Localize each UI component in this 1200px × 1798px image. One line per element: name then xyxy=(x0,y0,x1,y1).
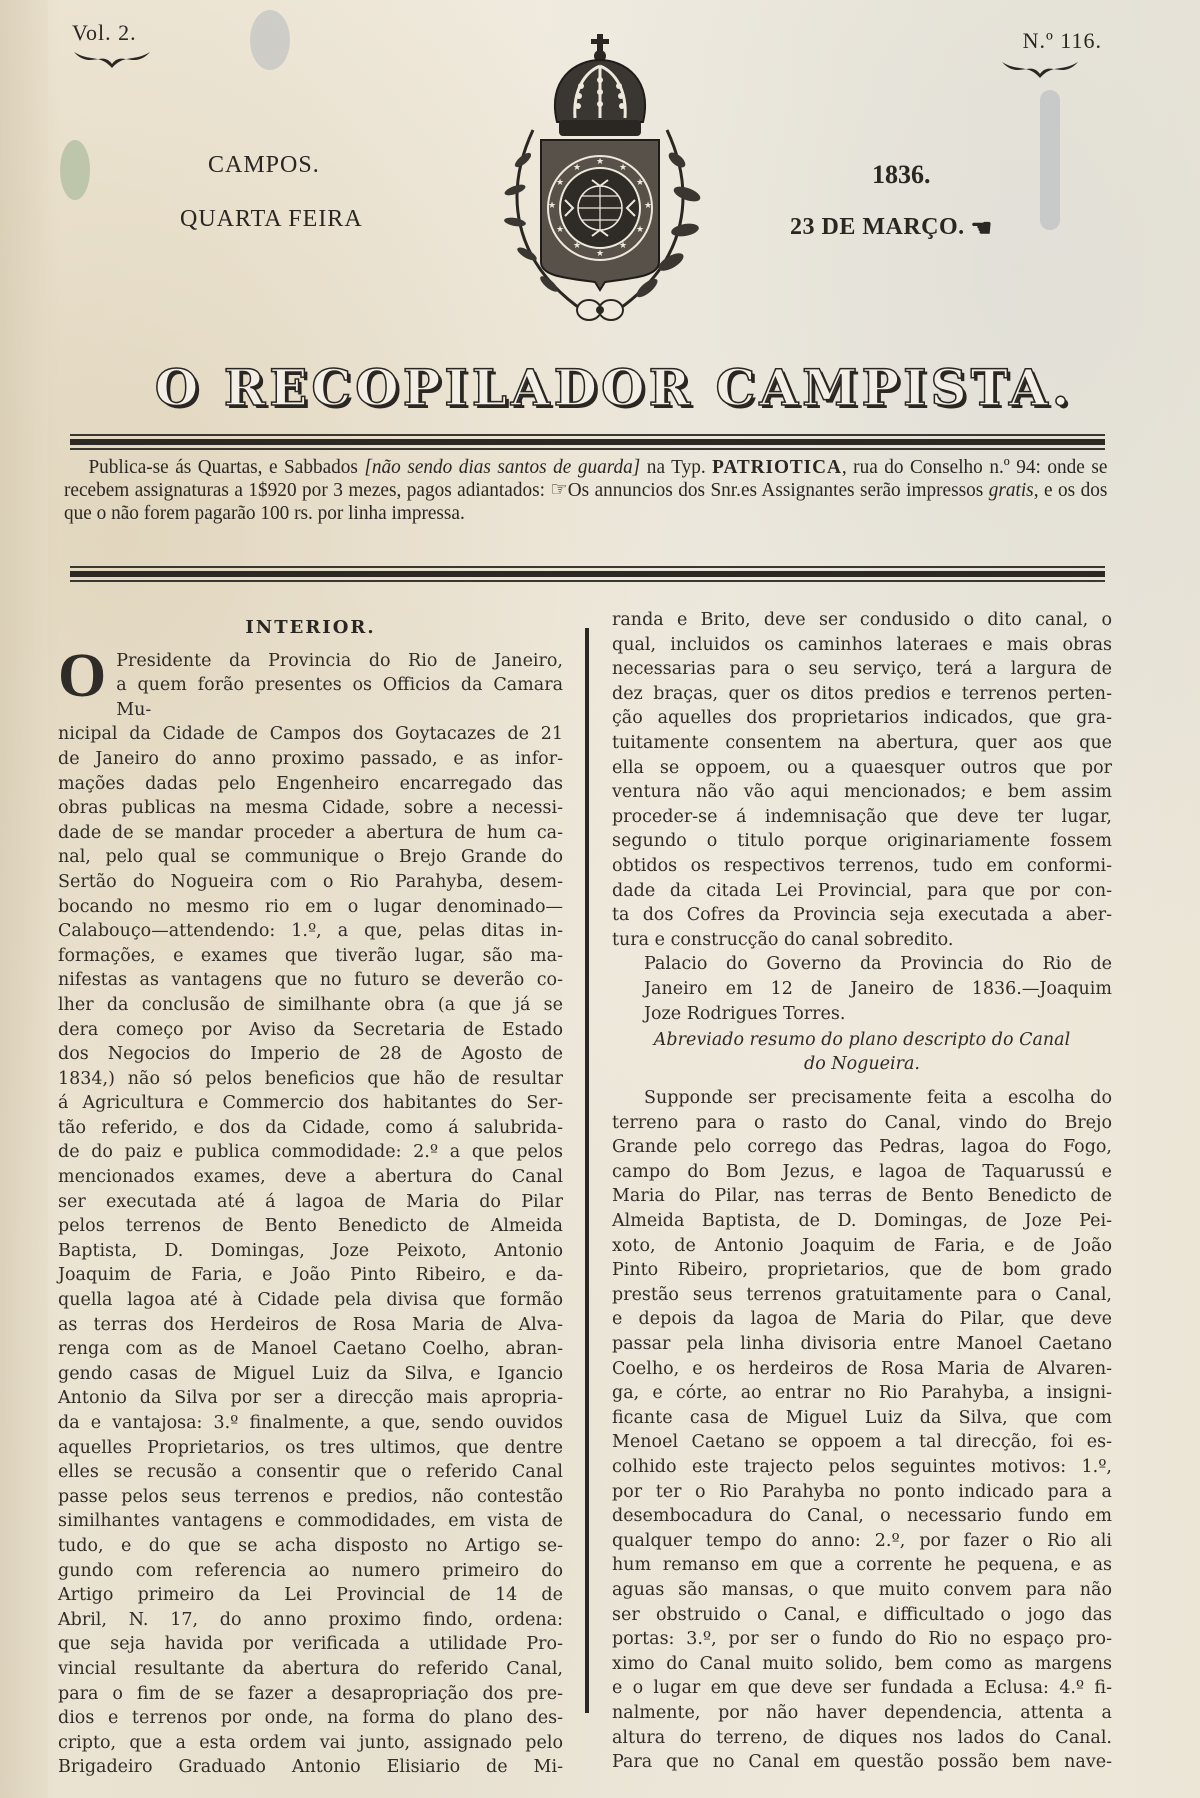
text-line: ficante casa de Miguel Luiz da Silva, qu… xyxy=(612,1406,1112,1431)
article-body-continued: randa e Brito, deve ser condusido o dito… xyxy=(612,608,1112,952)
pointing-hand-icon: ☞ xyxy=(550,479,567,501)
text-line: hum remanso em que a corrente he pequena… xyxy=(612,1553,1112,1578)
volume-label: Vol. 2. xyxy=(72,20,137,46)
text-line: necessarias para o seu serviço, terá a l… xyxy=(612,657,1112,682)
notice-text: na Typ. xyxy=(640,456,712,478)
text-line: campo do Bom Jezus, e lagoa de Taquaruss… xyxy=(612,1160,1112,1185)
stain xyxy=(60,140,90,200)
text-line: á Agricultura e Commercio dos habitantes… xyxy=(58,1091,563,1116)
text-line: colhido este trajecto pelos seguintes mo… xyxy=(612,1455,1112,1480)
text-line: aguas são mansas, o que muito convem par… xyxy=(612,1578,1112,1603)
notice-italic: gratis xyxy=(989,479,1034,501)
text-line: Baptista, D. Domingas, Joze Peixoto, Ant… xyxy=(58,1239,563,1264)
text-line: Sertão do Nogueira com o Rio Parahyba, d… xyxy=(58,870,563,895)
issue-number: N.º 116. xyxy=(1023,28,1102,54)
text-line: que seja havida por verificada a utilida… xyxy=(58,1632,563,1657)
text-line: elles se recusão a consentir que o refer… xyxy=(58,1460,563,1485)
text-line: ta dos Cofres da Provincia seja executad… xyxy=(612,903,1112,928)
left-column: INTERIOR. O Presidente da Provincia do R… xyxy=(58,616,563,1780)
text-line: tão referido, e dos da Cidade, como á sa… xyxy=(58,1116,563,1141)
svg-text:★: ★ xyxy=(619,241,627,251)
text-line: Pinto Ribeiro, proprietarios, que de bom… xyxy=(612,1258,1112,1283)
svg-text:★: ★ xyxy=(573,163,581,173)
press-name: PATRIOTICA xyxy=(712,456,842,478)
text-line: Joaquim de Faria, e João Pinto Ribeiro, … xyxy=(58,1263,563,1288)
text-line: Brigadeiro Graduado Antonio Elisiario de… xyxy=(58,1755,563,1780)
text-line: passar pela linha divisoria entre Manoel… xyxy=(612,1332,1112,1357)
text-line: nalmente, por não haver dependencia, att… xyxy=(612,1701,1112,1726)
text-line: gendo casas de Miguel Luiz da Silva, e I… xyxy=(58,1362,563,1387)
text-line: a quem forão presentes os Officios da Ca… xyxy=(58,673,563,722)
text-line: altura do terreno, de diques nos lados d… xyxy=(612,1726,1112,1751)
text-line: xoto, de Antonio Joaquim de Faria, e de … xyxy=(612,1234,1112,1259)
text-line: bocando no mesmo rio em o lugar denomina… xyxy=(58,895,563,920)
text-line: de Janeiro do anno proximo passado, e as… xyxy=(58,747,563,772)
text-line: Grande pelo corrego das Pedras, lagoa do… xyxy=(612,1135,1112,1160)
text-line: Para que no Canal em questão possão bem … xyxy=(612,1750,1112,1775)
text-line: mencionados exames, deve a abertura do C… xyxy=(58,1165,563,1190)
flourish-ornament-icon xyxy=(1000,58,1080,80)
text-line: de do paiz e publica commodidade: 2.º a … xyxy=(58,1140,563,1165)
text-line: vincial resultante da abertura do referi… xyxy=(58,1657,563,1682)
text-line: qual, incluidos os caminhos lateraes e m… xyxy=(612,633,1112,658)
notice-italic: [não sendo dias santos de guarda] xyxy=(364,456,640,478)
right-column: randa e Brito, deve ser condusido o dito… xyxy=(612,608,1112,1775)
text-line: Menoel Caetano se oppoem a tal direcção,… xyxy=(612,1430,1112,1455)
text-line: tudo, e do que se acha disposto no Artig… xyxy=(58,1534,563,1559)
text-line: portas: 3.º, por ser o fundo do Rio no e… xyxy=(612,1627,1112,1652)
text-line: ga, e córte, ao entrar no Rio Parahyba, … xyxy=(612,1381,1112,1406)
svg-text:★: ★ xyxy=(619,163,627,173)
text-line: dios e terrenos por onde, na forma do pl… xyxy=(58,1706,563,1731)
text-line: randa e Brito, deve ser condusido o dito… xyxy=(612,608,1112,633)
text-line: ella se oppoem, ou a quaesquer outros qu… xyxy=(612,756,1112,781)
text-line: Abril, N. 17, do anno proximo findo, ord… xyxy=(58,1608,563,1633)
text-line: nal, pelo qual se communique o Brejo Gra… xyxy=(58,845,563,870)
text-line: dade de se mandar proceder a abertura de… xyxy=(58,821,563,846)
svg-text:★: ★ xyxy=(596,157,604,167)
text-line: prestão seus terrenos gratuitamente para… xyxy=(612,1283,1112,1308)
svg-text:★: ★ xyxy=(636,225,644,235)
text-line: ximo do Canal muito solido, bem como as … xyxy=(612,1652,1112,1677)
plan-summary-heading: Abreviado resumo do plano descripto do C… xyxy=(612,1028,1112,1076)
masthead-rule xyxy=(70,434,1105,453)
text-line: aquelles Proprietarios, os tres ultimos,… xyxy=(58,1436,563,1461)
text-line: da e vantajosa: 3.º finalmente, a que, s… xyxy=(58,1411,563,1436)
text-line: Maria do Pilar, nas terras de Bento Bene… xyxy=(612,1184,1112,1209)
subheading-line: Abreviado resumo do plano descripto do C… xyxy=(612,1028,1112,1052)
date-text: 23 DE MARÇO. xyxy=(790,214,965,240)
place-label: CAMPOS. xyxy=(208,152,320,179)
text-line: terreno para o rasto do Canal, vindo do … xyxy=(612,1111,1112,1136)
text-line: proceder-se á indemnisação que deve ter … xyxy=(612,805,1112,830)
text-line: ventura não vão aqui mencionados; e bem … xyxy=(612,780,1112,805)
svg-text:★: ★ xyxy=(644,201,652,211)
text-line: Artigo primeiro da Lei Provincial de 14 … xyxy=(58,1583,563,1608)
text-line: tuitamente consentem na abertura, quer a… xyxy=(612,731,1112,756)
stain xyxy=(250,10,290,70)
text-line: Coelho, e os herdeiros de Rosa Maria de … xyxy=(612,1357,1112,1382)
text-line: para o fim de se fazer a desapropriação … xyxy=(58,1682,563,1707)
pointing-hand-icon: ☚ xyxy=(971,216,993,242)
page-binding-edge xyxy=(0,0,48,1798)
text-line: dade da citada Lei Provincial, para que … xyxy=(612,879,1112,904)
publication-notice: Publica-se ás Quartas, e Sabbados [não s… xyxy=(64,456,1107,525)
text-line: Janeiro em 12 de Janeiro de 1836.—Joaqui… xyxy=(612,977,1112,1002)
text-line: e depois da lagoa de Maria do Pilar, que… xyxy=(612,1307,1112,1332)
text-line: 1834,) não só pelos beneficios que hão d… xyxy=(58,1067,563,1092)
newspaper-title: O RECOPILADOR CAMPISTA. xyxy=(0,358,1200,417)
flourish-ornament-icon xyxy=(72,48,152,70)
text-line: por ter o Rio Parahyba no ponto indicado… xyxy=(612,1480,1112,1505)
text-line: Antonio da Silva por ser a direcção mais… xyxy=(58,1386,563,1411)
svg-text:★: ★ xyxy=(573,241,581,251)
text-line: dera começo por Aviso da Secretaria de E… xyxy=(58,1018,563,1043)
section-heading-interior: INTERIOR. xyxy=(58,616,563,641)
text-line: ser executada até á lagoa de Maria do Pi… xyxy=(58,1190,563,1215)
text-line: pelos terrenos de Bento Benedicto de Alm… xyxy=(58,1214,563,1239)
text-line: Calabouço—attendendo: 1.º, a que, pelas … xyxy=(58,919,563,944)
weekday-label: QUARTA FEIRA xyxy=(180,206,363,233)
svg-text:★: ★ xyxy=(596,249,604,259)
text-line: desembocadura do Canal, o necessario fun… xyxy=(612,1504,1112,1529)
text-line: dos Negocios do Imperio de 28 de Agosto … xyxy=(58,1042,563,1067)
text-line: ser obstruido o Canal, e difficultado o … xyxy=(612,1603,1112,1628)
text-line: formações, e exames que tiverão lugar, s… xyxy=(58,944,563,969)
svg-text:★: ★ xyxy=(556,178,564,188)
text-line: renga com as de Manoel Caetano Coelho, a… xyxy=(58,1337,563,1362)
text-line: Palacio do Governo da Provincia do Rio d… xyxy=(612,952,1112,977)
plan-summary-body: Supponde ser precisamente feita a escolh… xyxy=(612,1086,1112,1775)
signature-block: Palacio do Governo da Provincia do Rio d… xyxy=(612,952,1112,1026)
drop-cap: O xyxy=(58,651,106,701)
text-line: mações dadas pelo Engenheiro encarregado… xyxy=(58,772,563,797)
imperial-coat-of-arms-icon: ★★★★ ★★★★ ★★★★ xyxy=(485,30,715,330)
text-line: lher da conclusão de similhante obra (a … xyxy=(58,993,563,1018)
text-line: obtidos os respectivos terrenos, tudo em… xyxy=(612,854,1112,879)
svg-text:★: ★ xyxy=(556,225,564,235)
text-line: Joze Rodrigues Torres. xyxy=(612,1002,1112,1027)
svg-text:★: ★ xyxy=(548,201,556,211)
notice-text: Os annuncios dos Snr.es Assignantes serã… xyxy=(568,479,989,501)
prospectus-rule xyxy=(70,566,1105,585)
text-line: passe pelos seus terrenos e predios, não… xyxy=(58,1485,563,1510)
text-line: segundo o titulo porque originariamente … xyxy=(612,829,1112,854)
svg-text:★: ★ xyxy=(636,178,644,188)
text-line: Supponde ser precisamente feita a escolh… xyxy=(612,1086,1112,1111)
text-line: obras publicas na mesma Cidade, sobre a … xyxy=(58,796,563,821)
text-line: gundo com referencia ao numero primeiro … xyxy=(58,1559,563,1584)
text-line: as terras dos Herdeiros de Rosa Maria de… xyxy=(58,1313,563,1338)
text-line: nifestas as vantagens que no futuro se d… xyxy=(58,968,563,993)
article-body: Presidente da Provincia do Rio de Janeir… xyxy=(58,649,563,1780)
text-line: cripto, que a esta ordem vai junto, assi… xyxy=(58,1731,563,1756)
text-line: Almeida Baptista, de D. Domingas, de Joz… xyxy=(612,1209,1112,1234)
stain xyxy=(1040,90,1060,230)
subheading-line: do Nogueira. xyxy=(612,1052,1112,1076)
text-line: dez braças, quer os ditos predios e terr… xyxy=(612,682,1112,707)
text-line: Presidente da Provincia do Rio de Janeir… xyxy=(58,649,563,674)
date-label: 23 DE MARÇO.☚ xyxy=(790,214,993,243)
text-line: nicipal da Cidade de Campos dos Goytacaz… xyxy=(58,722,563,747)
text-line: similhantes vantagens e commodidades, em… xyxy=(58,1509,563,1534)
text-line: quella lagoa até à Cidade pela divisa qu… xyxy=(58,1288,563,1313)
text-line: e o lugar em que deve ser fundada a Eclu… xyxy=(612,1676,1112,1701)
text-line: ção aquelles dos proprietarios indicados… xyxy=(612,706,1112,731)
text-line: tura e construcção do canal sobredito. xyxy=(612,928,1112,953)
year-label: 1836. xyxy=(872,160,931,190)
text-line: qualquer tempo do anno: 2.º, por fazer o… xyxy=(612,1529,1112,1554)
notice-text: Publica-se ás Quartas, e Sabbados xyxy=(88,456,364,478)
column-divider xyxy=(585,628,589,1713)
